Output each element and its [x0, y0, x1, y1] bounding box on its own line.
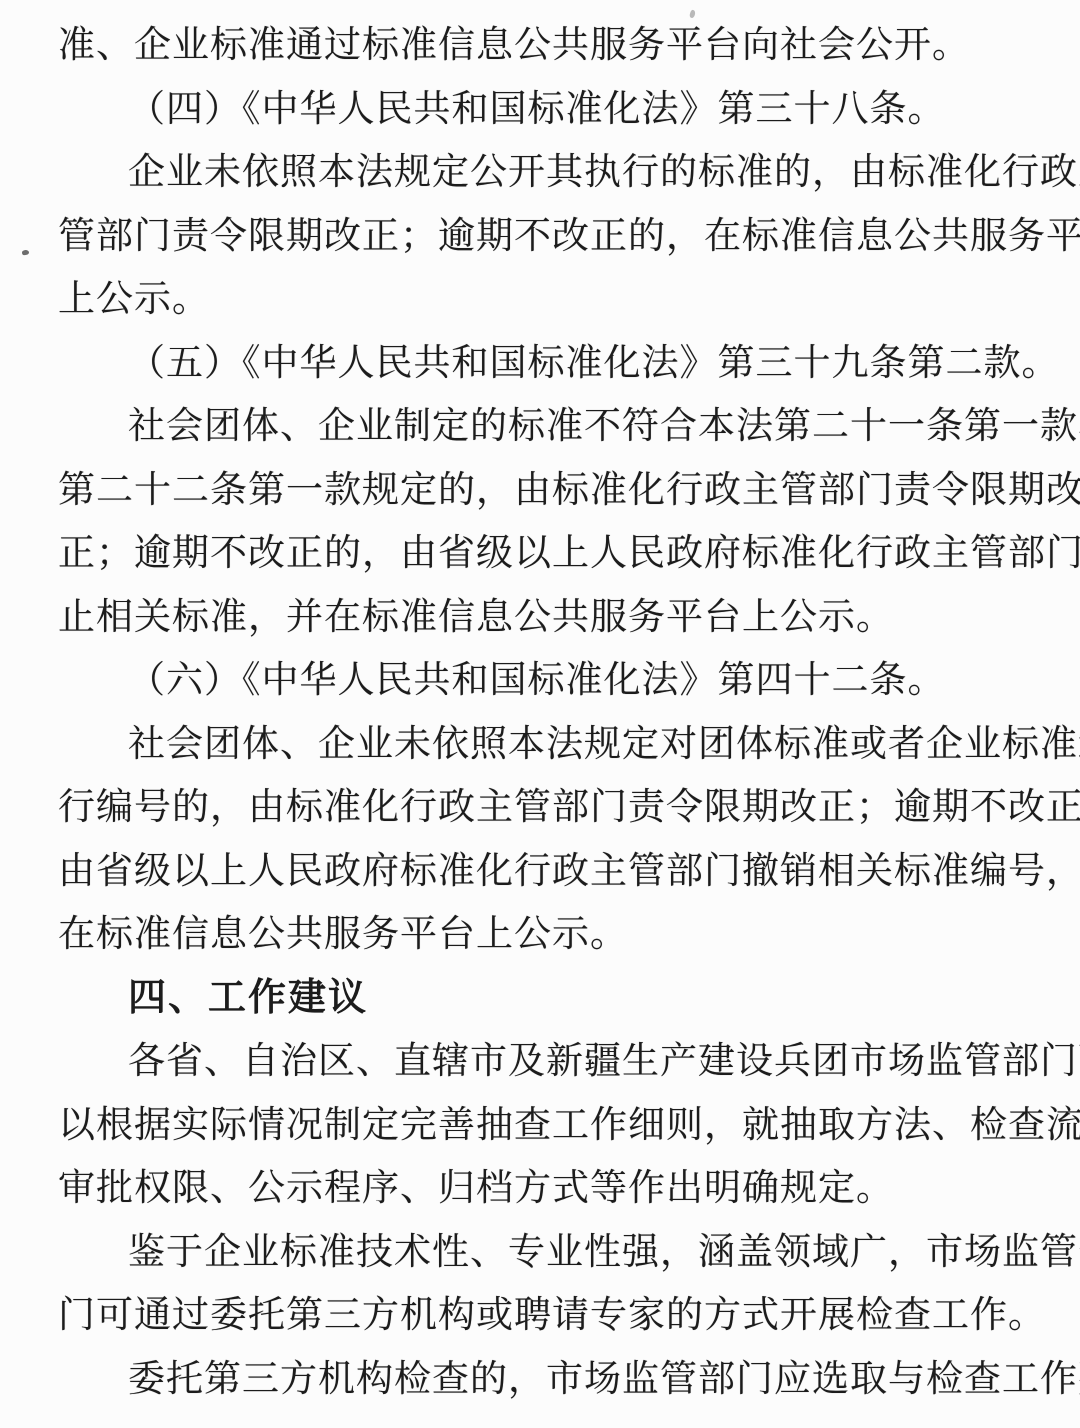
document-body: 准、企业标准通过标准信息公共服务平台向社会公开。（四）《中华人民共和国标准化法》…	[58, 14, 1044, 1411]
text-line: 在标准信息公共服务平台上公示。	[58, 903, 1044, 967]
text-line: 第二十二条第一款规定的，由标准化行政主管部门责令限期改	[58, 459, 1044, 523]
text-line: 社会团体、企业未依照本法规定对团体标准或者企业标准进	[58, 713, 1044, 777]
text-line: （四）《中华人民共和国标准化法》第三十八条。	[58, 78, 1044, 142]
text-line: 行编号的，由标准化行政主管部门责令限期改正；逾期不改正的，	[58, 776, 1044, 840]
text-line: 门可通过委托第三方机构或聘请专家的方式开展检查工作。	[58, 1284, 1044, 1348]
text-line: 准、企业标准通过标准信息公共服务平台向社会公开。	[58, 14, 1044, 78]
text-line: 企业未依照本法规定公开其执行的标准的，由标准化行政主	[58, 141, 1044, 205]
text-line: 委托第三方机构检查的，市场监管部门应选取与检查工作要	[58, 1348, 1044, 1412]
text-line: 正；逾期不改正的，由省级以上人民政府标准化行政主管部门废	[58, 522, 1044, 586]
section-heading: 四、工作建议	[58, 967, 1044, 1031]
document-page: 准、企业标准通过标准信息公共服务平台向社会公开。（四）《中华人民共和国标准化法》…	[0, 0, 1080, 1428]
text-line: 止相关标准，并在标准信息公共服务平台上公示。	[58, 586, 1044, 650]
text-line: 由省级以上人民政府标准化行政主管部门撤销相关标准编号，并	[58, 840, 1044, 904]
text-line: 以根据实际情况制定完善抽查工作细则，就抽取方法、检查流程、	[58, 1094, 1044, 1158]
scan-speck-icon	[22, 250, 30, 256]
text-line: 鉴于企业标准技术性、专业性强，涵盖领域广，市场监管部	[58, 1221, 1044, 1285]
text-line: 上公示。	[58, 268, 1044, 332]
text-line: 审批权限、公示程序、归档方式等作出明确规定。	[58, 1157, 1044, 1221]
text-line: （五）《中华人民共和国标准化法》第三十九条第二款。	[58, 332, 1044, 396]
text-line: 各省、自治区、直辖市及新疆生产建设兵团市场监管部门可	[58, 1030, 1044, 1094]
text-line: 社会团体、企业制定的标准不符合本法第二十一条第一款、	[58, 395, 1044, 459]
text-line: 管部门责令限期改正；逾期不改正的，在标准信息公共服务平台	[58, 205, 1044, 269]
text-line: （六）《中华人民共和国标准化法》第四十二条。	[58, 649, 1044, 713]
